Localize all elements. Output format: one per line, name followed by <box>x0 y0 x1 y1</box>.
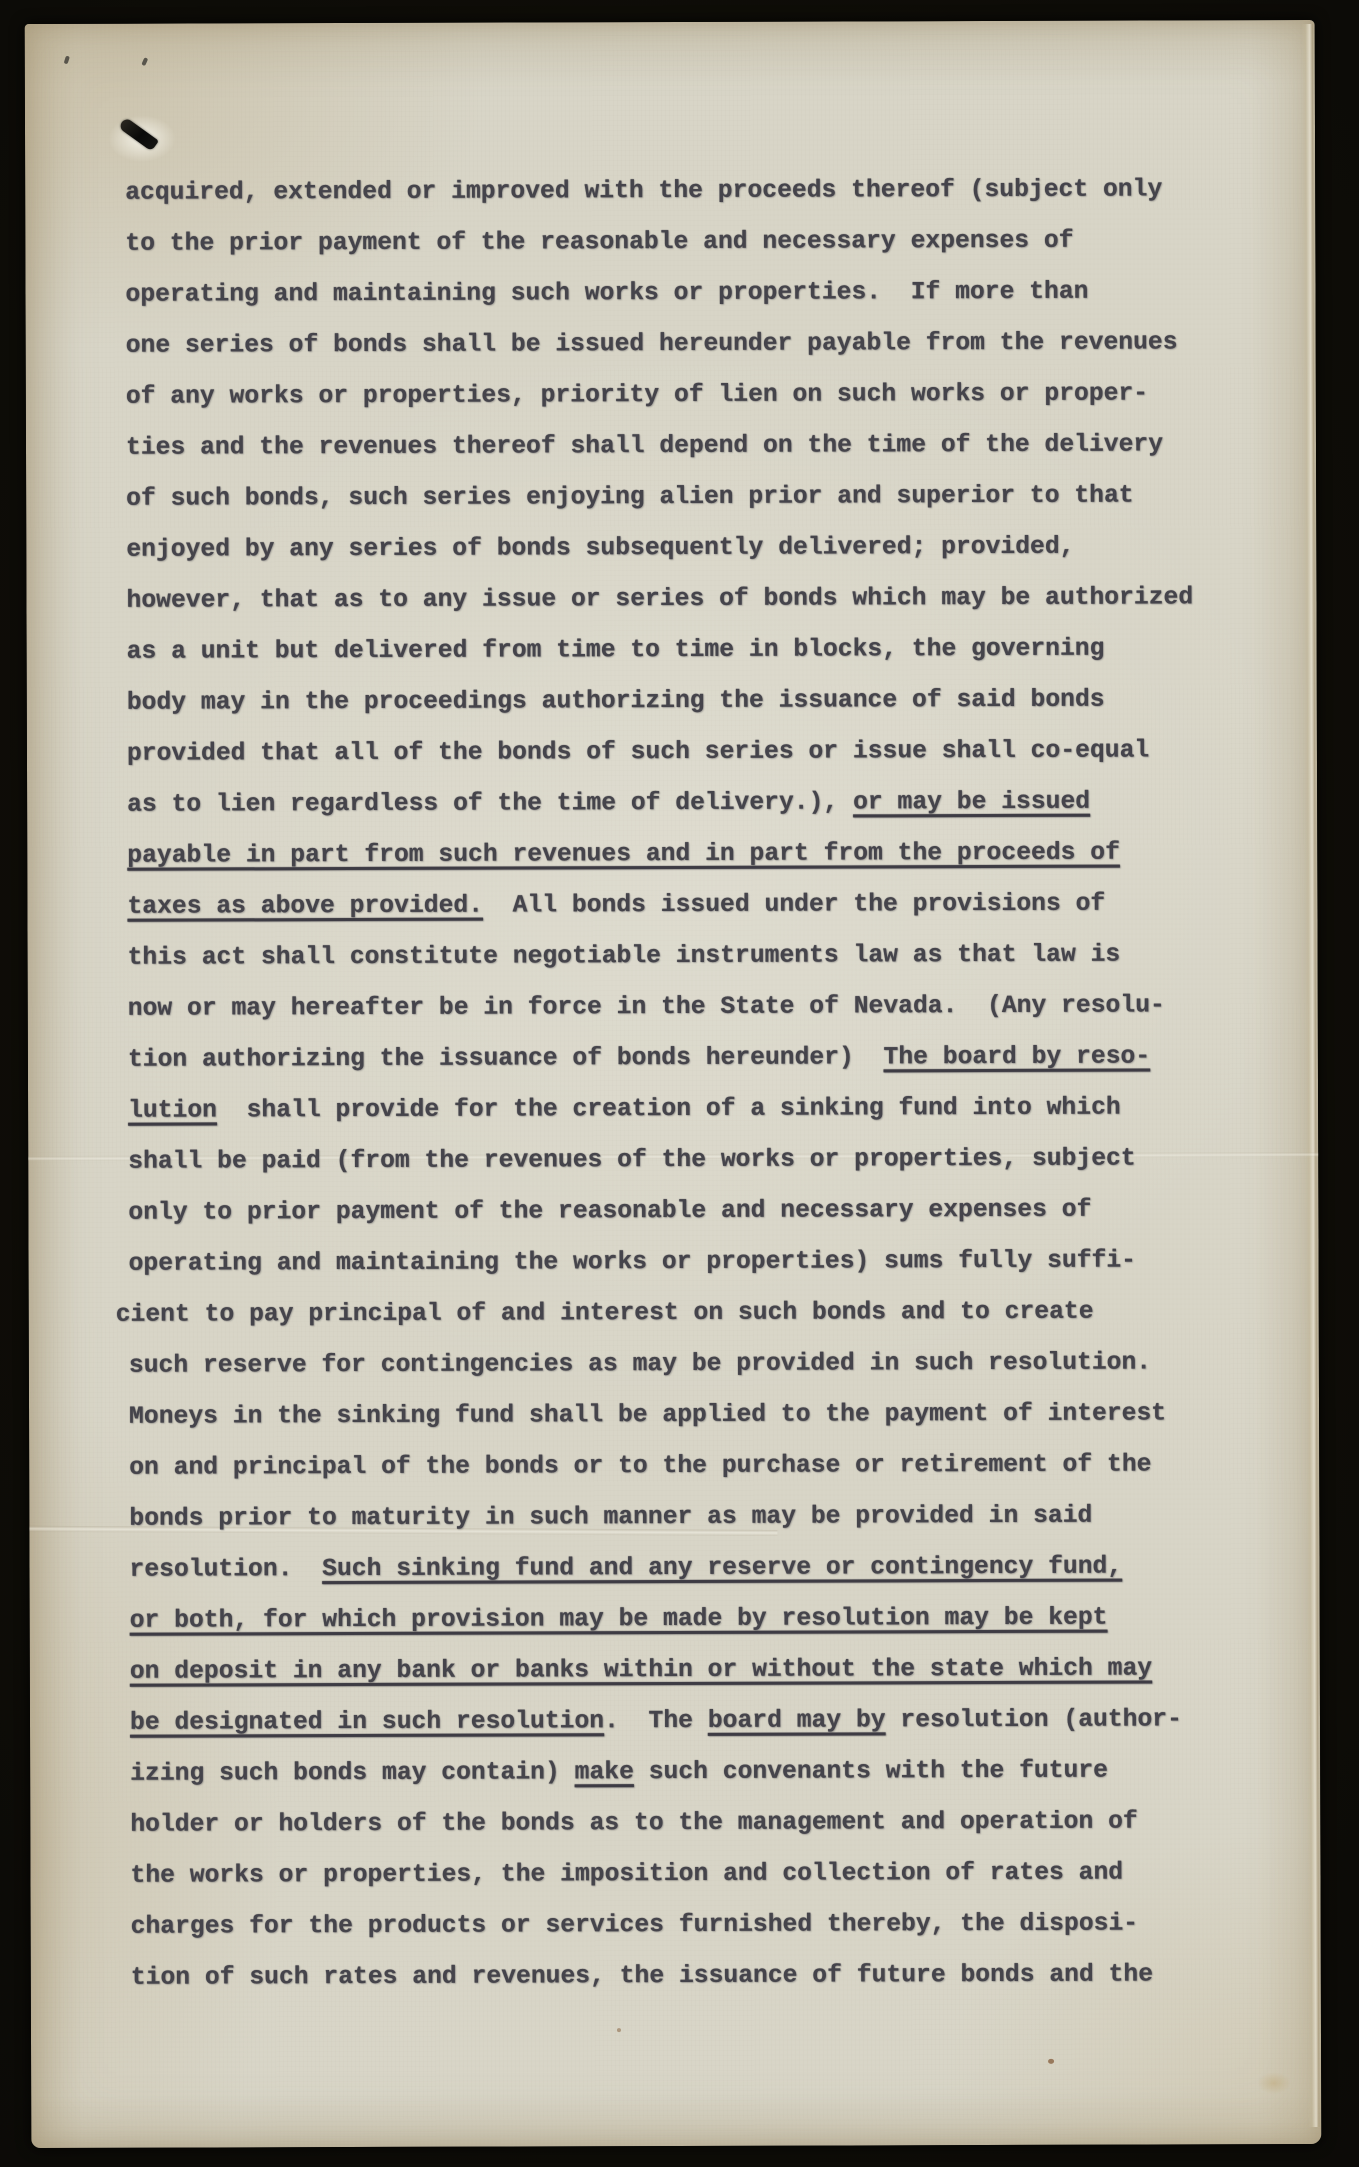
text-line: bonds prior to maturity in such manner a… <box>129 1490 1196 1544</box>
text-line: of any works or properties, priority of … <box>126 368 1193 422</box>
typewritten-text: acquired, extended or improved with the … <box>125 164 1197 2003</box>
text-line: acquired, extended or improved with the … <box>125 164 1192 218</box>
text-line: charges for the products or services fur… <box>131 1898 1198 1952</box>
text-segment: only to prior payment of the reasonable … <box>128 1196 1091 1227</box>
text-segment: operating and maintaining such works or … <box>125 278 1088 309</box>
text-line: izing such bonds may contain) make such … <box>130 1745 1197 1799</box>
text-segment: shall provide for the creation of a sink… <box>217 1094 1121 1125</box>
text-segment: resolution. <box>129 1555 322 1584</box>
underlined-text-segment: on deposit in any bank or banks within o… <box>130 1654 1152 1685</box>
text-line: operating and maintaining such works or … <box>125 266 1192 320</box>
text-segment: such convenants with the future <box>634 1757 1108 1786</box>
text-line: Moneys in the sinking fund shall be appl… <box>129 1388 1196 1442</box>
text-line: ties and the revenues thereof shall depe… <box>126 419 1193 473</box>
text-line: holder or holders of the bonds as to the… <box>130 1796 1197 1850</box>
paper-right-edge <box>1302 24 1320 2127</box>
text-line: resolution. Such sinking fund and any re… <box>129 1541 1196 1595</box>
underlined-text-segment: lution <box>128 1096 217 1124</box>
text-segment: izing such bonds may contain) <box>130 1758 575 1787</box>
text-segment: one series of bonds shall be issued here… <box>126 328 1178 359</box>
text-segment: ties and the revenues thereof shall depe… <box>126 430 1163 461</box>
text-line: however, that as to any issue or series … <box>126 572 1193 626</box>
text-line: cient to pay principal of and interest o… <box>116 1286 1196 1340</box>
underlined-text-segment: or may be issued <box>853 788 1090 817</box>
text-segment: resolution (author- <box>886 1705 1182 1734</box>
text-line: body may in the proceedings authorizing … <box>127 674 1194 728</box>
text-segment: on and principal of the bonds or to the … <box>129 1450 1151 1481</box>
text-segment: as a unit but delivered from time to tim… <box>127 635 1105 666</box>
foxing-spot <box>617 2028 621 2032</box>
underlined-text-segment: Such sinking fund and any reserve or con… <box>322 1553 1122 1584</box>
text-segment: . The <box>604 1707 708 1735</box>
paper-sheet: acquired, extended or improved with the … <box>25 20 1322 2148</box>
text-line: lution shall provide for the creation of… <box>128 1082 1195 1136</box>
foxing-spot <box>1048 2059 1054 2064</box>
text-segment: Moneys in the sinking fund shall be appl… <box>129 1399 1166 1430</box>
underlined-text-segment: or both, for which provision may be made… <box>130 1604 1108 1635</box>
photographed-document: { "page": { "kind": "typewritten manuscr… <box>0 0 1359 2167</box>
text-line: tion authorizing the issuance of bonds h… <box>128 1031 1195 1085</box>
text-line: enjoyed by any series of bonds subsequen… <box>126 521 1193 575</box>
text-line: one series of bonds shall be issued here… <box>126 317 1193 371</box>
text-line: provided that all of the bonds of such s… <box>127 725 1194 779</box>
text-segment: bonds prior to maturity in such manner a… <box>129 1502 1092 1533</box>
text-segment: operating and maintaining the works or p… <box>129 1247 1137 1278</box>
text-segment: the works or properties, the imposition … <box>130 1859 1123 1890</box>
text-segment: of such bonds, such series enjoying alie… <box>126 482 1134 513</box>
underlined-text-segment: The board by reso- <box>883 1043 1150 1072</box>
text-segment: All bonds issued under the provisions of <box>483 890 1105 920</box>
underlined-text-segment: taxes as above provided. <box>127 892 483 921</box>
underlined-text-segment: make <box>575 1758 634 1786</box>
text-line: be designated in such resolution. The bo… <box>130 1694 1197 1748</box>
text-segment: this act shall constitute negotiable ins… <box>128 941 1121 972</box>
underlined-text-segment: board may by <box>708 1706 886 1735</box>
text-line: to the prior payment of the reasonable a… <box>125 215 1192 269</box>
text-line: taxes as above provided. All bonds issue… <box>127 878 1194 932</box>
underlined-text-segment: be designated in such resolution <box>130 1707 604 1736</box>
text-line: on and principal of the bonds or to the … <box>129 1439 1196 1493</box>
text-line: operating and maintaining the works or p… <box>128 1235 1195 1289</box>
text-segment: acquired, extended or improved with the … <box>125 175 1162 206</box>
foxing-stain <box>1257 2072 1291 2094</box>
text-segment: as to lien regardless of the time of del… <box>127 788 853 818</box>
text-segment: enjoyed by any series of bonds subsequen… <box>126 533 1074 564</box>
text-segment: body may in the proceedings authorizing … <box>127 686 1105 717</box>
text-line: shall be paid (from the revenues of the … <box>128 1133 1195 1187</box>
text-segment: shall be paid (from the revenues of the … <box>128 1145 1136 1176</box>
text-line: or both, for which provision may be made… <box>130 1592 1197 1646</box>
text-line: now or may hereafter be in force in the … <box>128 980 1195 1034</box>
text-line: only to prior payment of the reasonable … <box>128 1184 1195 1238</box>
text-line: such reserve for contingencies as may be… <box>129 1337 1196 1391</box>
text-line: payable in part from such revenues and i… <box>127 827 1194 881</box>
text-segment: cient to pay principal of and interest o… <box>116 1298 1094 1329</box>
text-line: tion of such rates and revenues, the iss… <box>131 1949 1198 2003</box>
text-segment: of any works or properties, priority of … <box>126 380 1148 411</box>
text-segment: charges for the products or services fur… <box>131 1910 1139 1941</box>
text-segment: tion of such rates and revenues, the iss… <box>131 1960 1153 1991</box>
text-line: as a unit but delivered from time to tim… <box>127 623 1194 677</box>
text-line: of such bonds, such series enjoying alie… <box>126 470 1193 524</box>
text-segment: holder or holders of the bonds as to the… <box>130 1808 1138 1839</box>
text-line: the works or properties, the imposition … <box>130 1847 1197 1901</box>
text-segment: to the prior payment of the reasonable a… <box>125 227 1073 258</box>
text-segment: provided that all of the bonds of such s… <box>127 737 1149 768</box>
text-line: this act shall constitute negotiable ins… <box>128 929 1195 983</box>
text-line: as to lien regardless of the time of del… <box>127 776 1194 830</box>
text-segment: tion authorizing the issuance of bonds h… <box>128 1043 884 1073</box>
text-segment: now or may hereafter be in force in the … <box>128 991 1165 1022</box>
text-segment: however, that as to any issue or series … <box>126 583 1193 614</box>
text-line: on deposit in any bank or banks within o… <box>130 1643 1197 1697</box>
dust-speck <box>64 55 70 64</box>
underlined-text-segment: payable in part from such revenues and i… <box>127 839 1120 870</box>
dust-speck <box>141 57 148 66</box>
text-segment: such reserve for contingencies as may be… <box>129 1348 1151 1379</box>
